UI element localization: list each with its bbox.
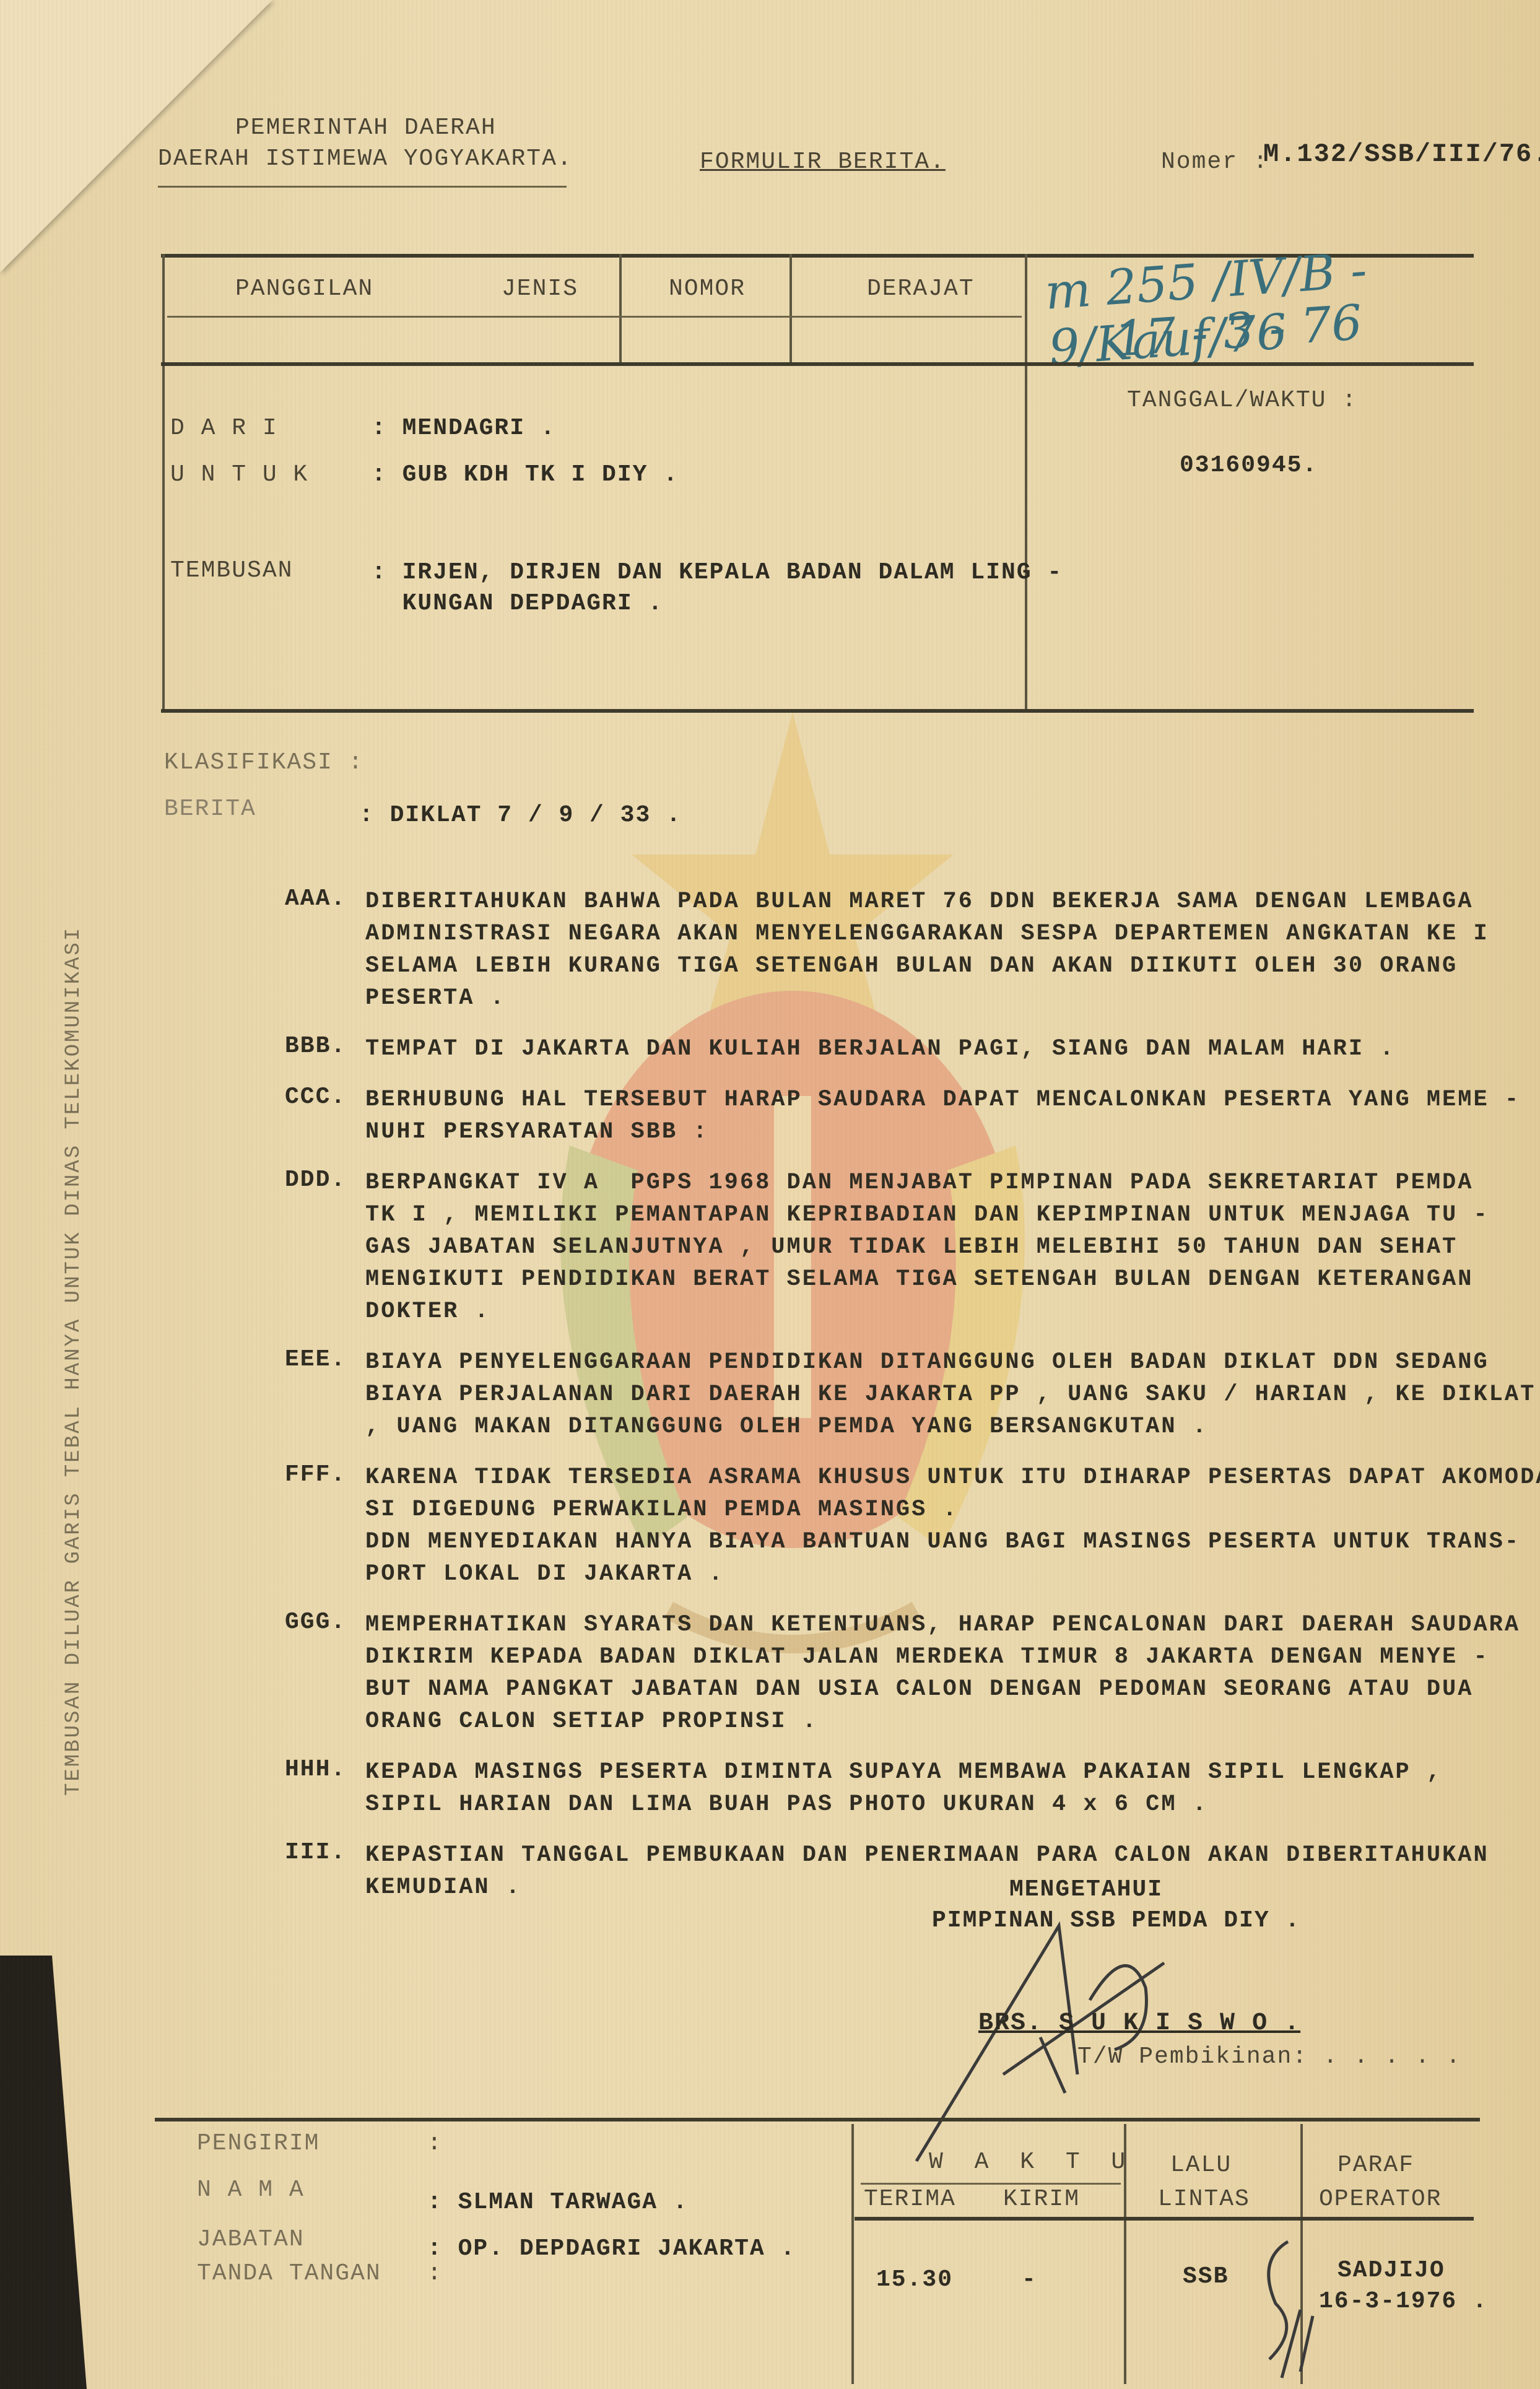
nama-value: : SLMAN TARWAGA .: [427, 2189, 689, 2216]
operator-value: SADJIJO: [1338, 2257, 1445, 2284]
paragraph-key: GGG.: [285, 1609, 346, 1635]
background-edge: [0, 1956, 87, 2389]
pengirim-value: :: [427, 2130, 443, 2157]
footer-top-border: [155, 2118, 1480, 2121]
nomor-value: M.132/SSB/III/76.: [1263, 139, 1540, 169]
paragraph-key: HHH.: [285, 1756, 346, 1783]
paragraph-text: BERPANGKAT IV A PGPS 1968 DAN MENJABAT P…: [365, 1167, 1540, 1328]
signatory-name: BRS. S U K I S W O .: [978, 2009, 1300, 2037]
terima-value: 15.30: [876, 2266, 953, 2293]
paragraph-text: BIAYA PENYELENGGARAAN PENDIDIKAN DITANGG…: [365, 1346, 1540, 1443]
nomor-label: Nomer :: [1161, 149, 1269, 175]
divider: [861, 2183, 1121, 2185]
tembusan-value: : IRJEN, DIRJEN DAN KEPALA BADAN DALAM L…: [372, 557, 1063, 619]
paragraph-text: KARENA TIDAK TERSEDIA ASRAMA KHUSUS UNTU…: [365, 1461, 1540, 1590]
divider: [158, 186, 567, 188]
paragraph-key: DDD.: [285, 1167, 346, 1193]
paragraph-key: EEE.: [285, 1346, 346, 1373]
kirim-label: KIRIM: [1003, 2186, 1080, 2213]
paragraph-key: CCC.: [285, 1084, 346, 1110]
isi-value: : DIKLAT 7 / 9 / 33 .: [359, 802, 682, 829]
jabatan-label: JABATAN: [197, 2226, 305, 2253]
col-divider: [851, 2124, 854, 2384]
tanda-tangan-label: TANDA TANGAN: [197, 2260, 381, 2287]
operator-date: 16-3-1976 .: [1319, 2288, 1488, 2315]
table-left-border: [162, 254, 165, 712]
tanda-tangan-value: :: [427, 2260, 443, 2287]
divider: [855, 2217, 1474, 2221]
operator-label: OPERATOR: [1319, 2186, 1442, 2213]
folded-corner: [0, 0, 272, 272]
operator-initials-icon: [1232, 2235, 1331, 2384]
col-divider: [1025, 254, 1027, 712]
col-panggilan: PANGGILAN: [235, 276, 373, 302]
paragraph-text: BERHUBUNG HAL TERSEBUT HARAP SAUDARA DAP…: [365, 1084, 1540, 1148]
org-line-2: DAERAH ISTIMEWA YOGYAKARTA.: [158, 146, 573, 172]
paragraph-text: DIBERITAHUKAN BAHWA PADA BULAN MARET 76 …: [365, 886, 1540, 1014]
paragraph-text: KEPADA MASINGS PESERTA DIMINTA SUPAYA ME…: [365, 1756, 1540, 1821]
paragraph-key: III.: [285, 1839, 346, 1866]
lalu-label: LALU: [1170, 2152, 1232, 2178]
lintas-label: LINTAS: [1158, 2186, 1250, 2213]
paragraph-text: TEMPAT DI JAKARTA DAN KULIAH BERJALAN PA…: [365, 1033, 1540, 1065]
kirim-value: -: [1022, 2266, 1037, 2293]
col-derajat: DERAJAT: [867, 276, 975, 302]
document-page: PEMERINTAH DAERAH DAERAH ISTIMEWA YOGYAK…: [0, 0, 1540, 2389]
table-bottom-border: [161, 709, 1474, 713]
col-divider: [790, 254, 792, 362]
waktu-label: W A K T U: [929, 2149, 1134, 2175]
col-nomor: NOMOR: [669, 276, 746, 302]
tanggal-label: TANGGAL/WAKTU :: [1127, 387, 1357, 414]
untuk-value: : GUB KDH TK I DIY .: [372, 461, 679, 488]
divider: [167, 316, 1022, 318]
table-divider: [161, 362, 1474, 366]
tanggal-value: 03160945.: [1180, 452, 1318, 479]
lintas-value: SSB: [1183, 2263, 1229, 2290]
dari-value: : MENDAGRI .: [372, 415, 556, 442]
paragraph-text: MEMPERHATIKAN SYARATS DAN KETENTUANS, HA…: [365, 1609, 1540, 1738]
terima-label: TERIMA: [864, 2186, 956, 2213]
paragraph-key: BBB.: [285, 1033, 346, 1060]
tembusan-label: TEMBUSAN: [170, 557, 293, 584]
side-note: TEMBUSAN DILUAR GARIS TEBAL HANYA UNTUK …: [62, 926, 85, 1796]
isi-label: BERITA: [164, 796, 256, 822]
jabatan-value: : OP. DEPDAGRI JAKARTA .: [427, 2235, 796, 2262]
org-line-1: PEMERINTAH DAERAH: [235, 115, 497, 141]
col-jenis: JENIS: [502, 276, 578, 302]
col-divider: [619, 254, 622, 362]
form-title: FORMULIR BERITA.: [700, 149, 946, 175]
paragraph-key: AAA.: [285, 886, 346, 912]
paraf-label: PARAF: [1338, 2152, 1414, 2178]
klasifikasi-label: KLASIFIKASI :: [164, 749, 363, 776]
paragraph-key: FFF.: [285, 1461, 346, 1488]
untuk-label: U N T U K: [170, 461, 308, 488]
nama-label: N A M A: [197, 2177, 305, 2203]
dari-label: D A R I: [170, 415, 278, 442]
pengirim-label: PENGIRIM: [197, 2130, 320, 2157]
signatory-title: T/W Pembikinan: . . . . .: [1077, 2043, 1461, 2070]
